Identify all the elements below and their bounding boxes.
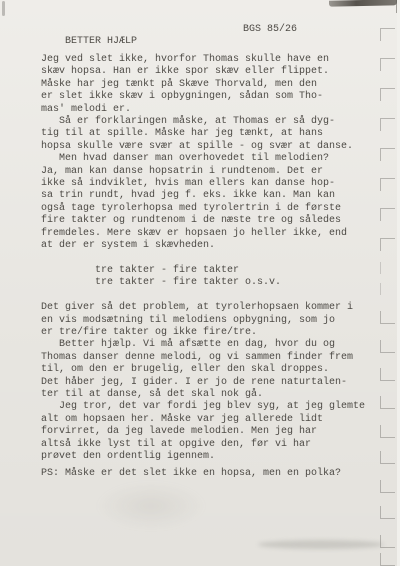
body-paragraph-problem: Det giver så det problem, at tyrolerhops… [41,302,365,463]
binding-mark [380,368,395,381]
binding-mark [380,28,395,41]
document-reference-number: BGS 85/26 [243,24,297,36]
binding-mark [380,148,395,161]
binding-mark [380,425,395,438]
binding-mark [380,208,395,221]
binding-mark [380,311,395,324]
scanned-document-page: BETTER HJÆLP BGS 85/26 Jeg ved slet ikke… [0,0,400,566]
binding-mark [380,238,395,251]
scan-smudge-top-left [2,1,5,16]
scan-smudge-top-right [329,0,397,7]
binding-mark [380,506,395,519]
body-paragraph-main: Jeg ved slet ikke, hvorfor Thomas skulle… [41,54,365,253]
binding-mark [380,396,395,409]
binding-mark [380,480,395,493]
scan-smudge-middle [96,482,206,530]
binding-mark [380,262,395,274]
letter-body: Jeg ved slet ikke, hvorfor Thomas skulle… [41,54,365,481]
binding-mark [380,451,395,464]
ps-note: PS: Måske er det slet ikke en hopsa, men… [41,468,365,480]
binding-mark [380,340,395,353]
takter-pattern-block: tre takter - fire takter tre takter - fi… [41,265,365,290]
document-title: BETTER HJÆLP [65,36,137,47]
scan-smudge-bottom [258,540,384,549]
binding-mark [380,118,395,131]
binding-mark [380,178,395,191]
binding-mark [380,553,395,566]
binding-mark [380,58,395,71]
binding-mark [380,535,395,548]
binding-mark [380,283,395,295]
binding-mark [380,88,395,101]
